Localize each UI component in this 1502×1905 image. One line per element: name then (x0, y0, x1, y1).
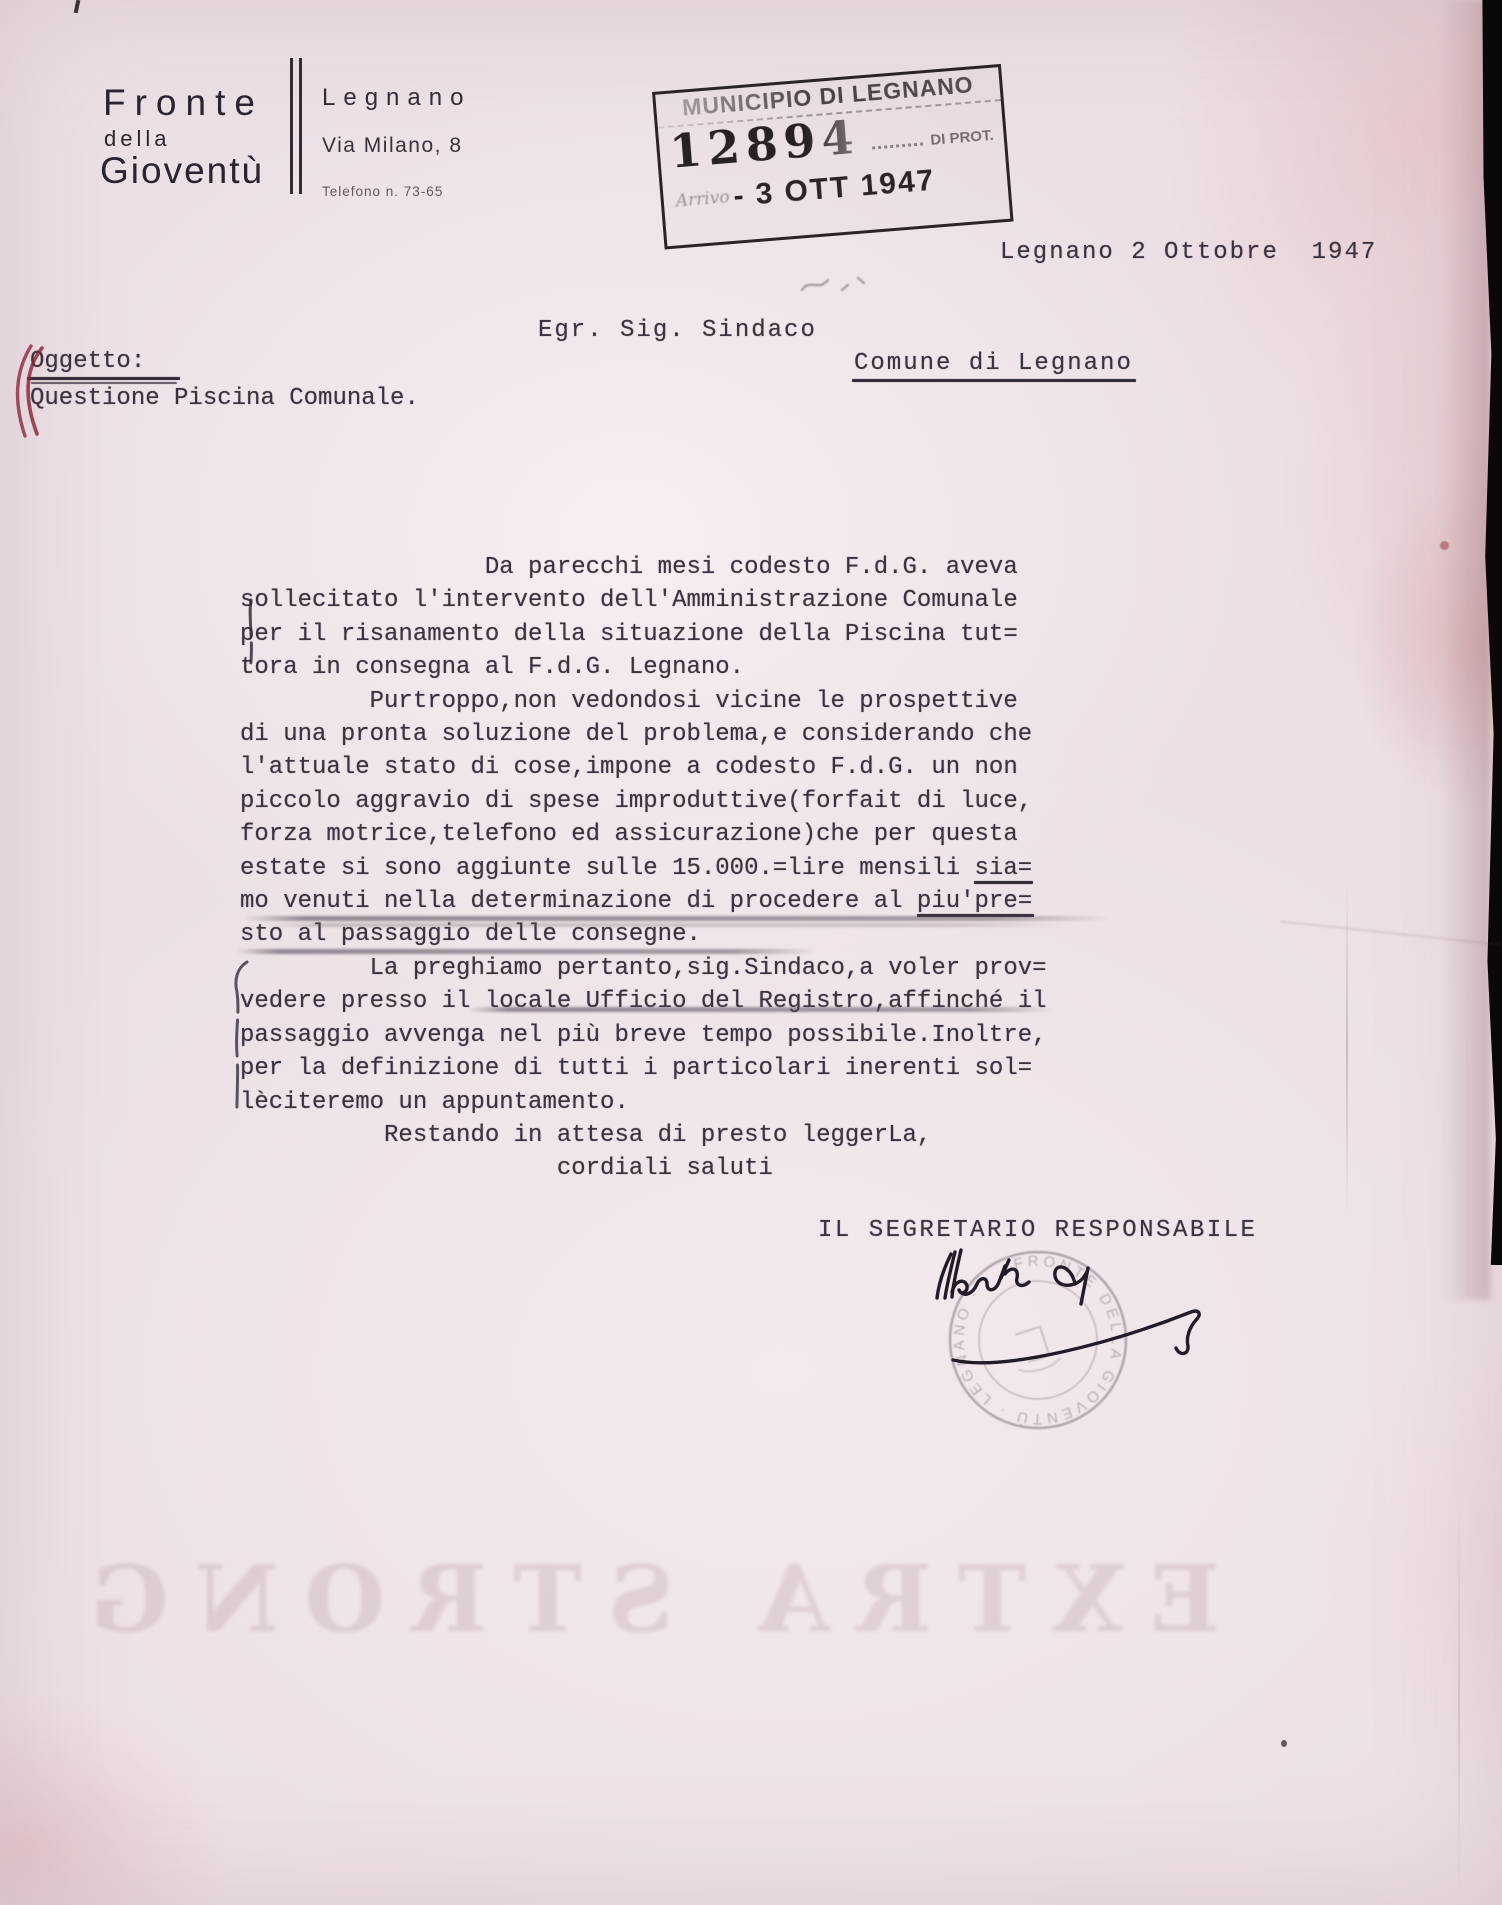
letterhead-divider-rule (290, 58, 302, 194)
body-line: Restando in attesa di presto leggerLa, (240, 1119, 1047, 1152)
ink-speck (1281, 1740, 1287, 1747)
body-line: Purtroppo,non vedondosi vicine le prospe… (240, 685, 1047, 718)
pencil-underline-1b (268, 923, 1068, 927)
red-pen-margin-mark (2, 344, 54, 438)
body-line: di una pronta soluzione del problema,e c… (240, 718, 1047, 751)
letter-document: Fronte della Gioventù Legnano Via Milano… (0, 0, 1502, 1905)
protocol-arrival-date: - 3 OTT 1947 (732, 164, 936, 214)
body-line: forza motrice,telefono ed assicurazione)… (240, 818, 1047, 851)
body-line: tora in consegna al F.d.G. Legnano. (240, 651, 1047, 684)
paper-crease-vertical (1346, 880, 1348, 1215)
dateline: Legnano 2 Ottobre 1947 (1000, 236, 1377, 269)
red-speck (1440, 541, 1449, 550)
pencil-underline-1 (244, 916, 1110, 921)
body-line: lèciteremo un appuntamento. (240, 1086, 1047, 1119)
body-line: piccolo aggravio di spese improduttive(f… (240, 785, 1047, 818)
body-line: vedere presso il locale Ufficio del Regi… (240, 985, 1047, 1018)
recipient-underline (852, 379, 1136, 382)
body-line: Da parecchi mesi codesto F.d.G. aveva (240, 551, 1047, 584)
body-line: per il risanamento della situazione dell… (240, 618, 1047, 651)
protocol-stamp: MUNICIPIO DI LEGNANO 12894 DI PROT. Arri… (652, 64, 1014, 250)
top-edge-mark (74, 0, 81, 13)
letterhead-phone: Telefono n. 73-65 (322, 184, 443, 199)
typed-underline-sia (974, 881, 1033, 884)
body-line: cordiali saluti (240, 1152, 1047, 1185)
ink-margin-mark-2 (232, 960, 250, 1152)
body-line: per la definizione di tutti i particolar… (240, 1052, 1047, 1085)
subject-text: Questione Piscina Comunale. (30, 382, 419, 415)
body-line: sollecitato l'intervento dell'Amministra… (240, 584, 1047, 617)
paper-watermark: EXTRA STRONG (170, 1545, 1220, 1665)
letter-body: Da parecchi mesi codesto F.d.G. aveva so… (240, 551, 1047, 1186)
recipient-line1: Egr. Sig. Sindaco (538, 314, 817, 347)
recipient-line2: Comune di Legnano (854, 347, 1133, 380)
body-line: estate si sono aggiunte sulle 15.000.=li… (240, 852, 1047, 885)
letterhead-org-line3: Gioventù (100, 150, 264, 192)
body-line: passaggio avvenga nel più breve tempo po… (240, 1019, 1047, 1052)
paper-edge-shadow (1440, 0, 1490, 1300)
protocol-prot-label: DI PROT. (930, 127, 995, 149)
letterhead-org-line1: Fronte (103, 82, 264, 124)
pencil-underline-3 (468, 1007, 1053, 1012)
letterhead-address: Via Milano, 8 (322, 134, 463, 158)
pencil-underline-2 (237, 949, 817, 954)
letterhead-org-line2: della (104, 126, 170, 152)
pencil-scribble (798, 268, 874, 298)
body-line: La preghiamo pertanto,sig.Sindaco,a vole… (240, 952, 1047, 985)
letterhead-city: Legnano (322, 84, 471, 112)
ink-margin-mark-1 (246, 598, 258, 674)
protocol-arrival-label: Arrivo (675, 187, 730, 211)
signature (925, 1240, 1235, 1380)
protocol-dotted-line (872, 143, 923, 150)
paper-crease-bottom-right (1458, 1500, 1460, 1900)
body-line: l'attuale stato di cose,impone a codesto… (240, 751, 1047, 784)
